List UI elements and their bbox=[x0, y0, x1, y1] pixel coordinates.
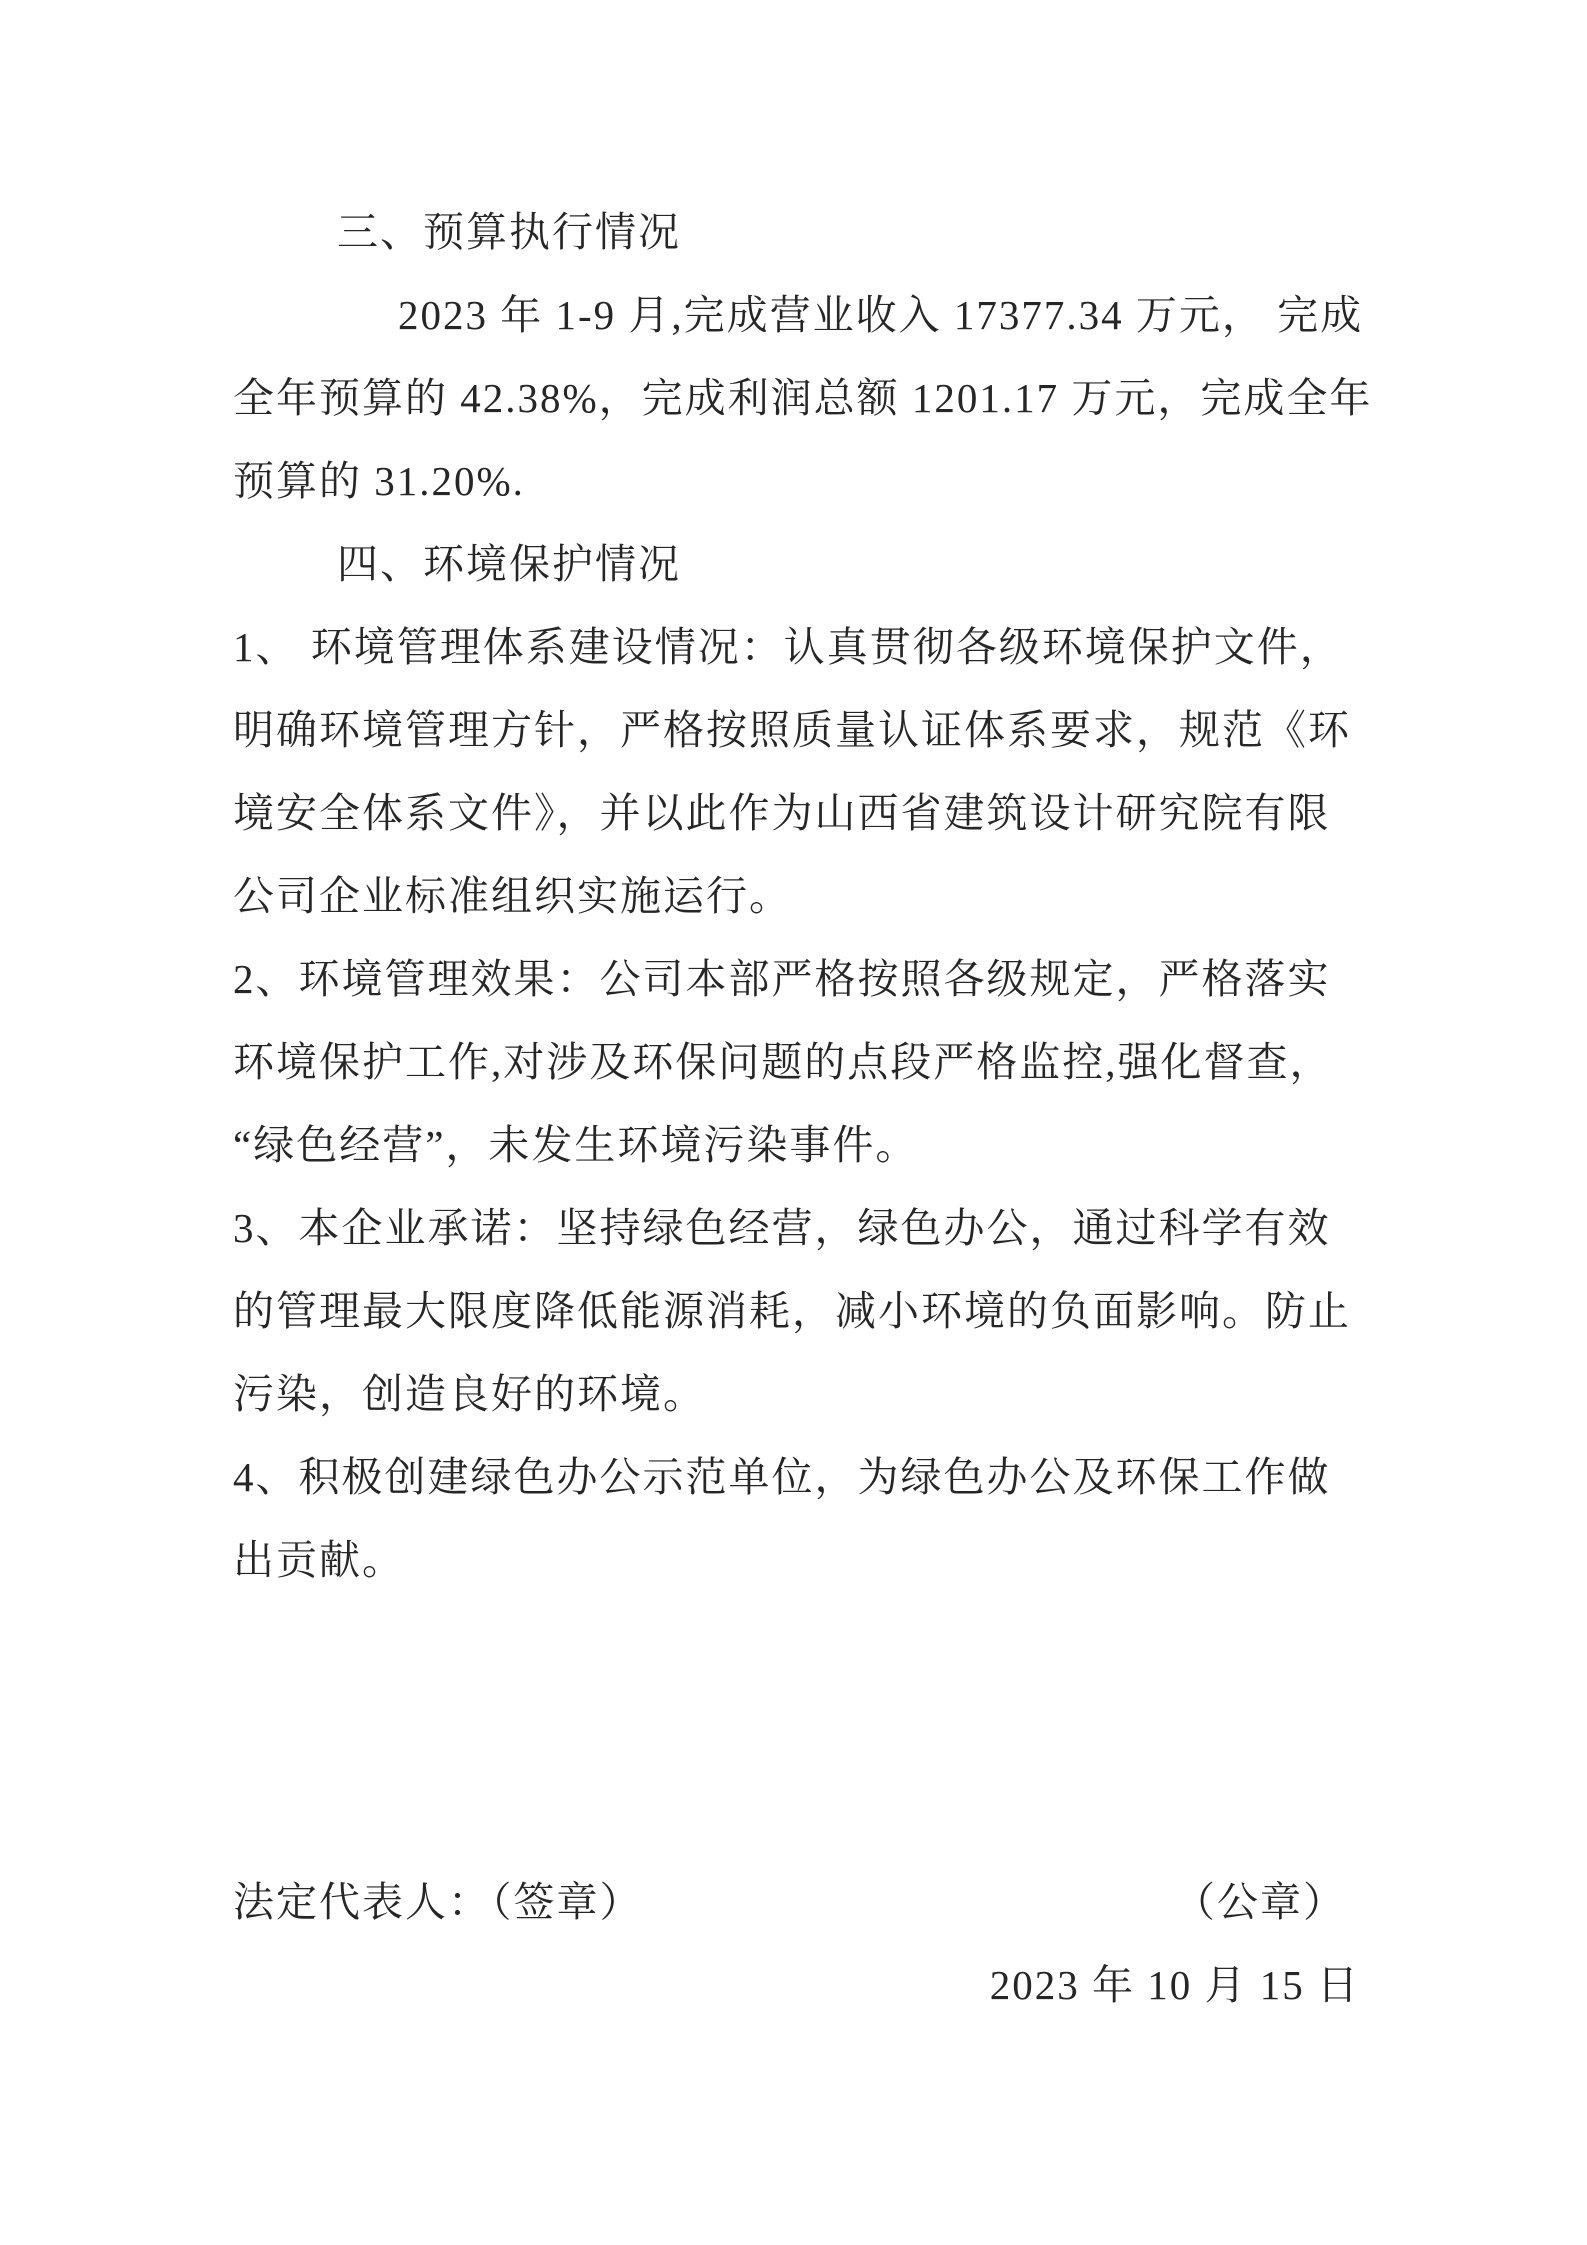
text-line: 2023 年 1-9 月,完成营业收入 17377.34 万元， 完成 bbox=[233, 274, 1360, 357]
document-body: 三、预算执行情况2023 年 1-9 月,完成营业收入 17377.34 万元，… bbox=[233, 191, 1360, 1602]
text-line: 公司企业标准组织实施运行。 bbox=[233, 855, 1360, 938]
text-line: 明确环境管理方针，严格按照质量认证体系要求，规范《环 bbox=[233, 689, 1360, 772]
text-line: 预算的 31.20%. bbox=[233, 440, 1360, 523]
document-page: 三、预算执行情况2023 年 1-9 月,完成营业收入 17377.34 万元，… bbox=[0, 0, 1587, 2245]
company-seal-label: （公章） bbox=[1174, 1861, 1360, 1944]
text-line: “绿色经营”，未发生环境污染事件。 bbox=[233, 1104, 1360, 1187]
text-line: 全年预算的 42.38%，完成利润总额 1201.17 万元，完成全年 bbox=[233, 357, 1360, 440]
text-line: 三、预算执行情况 bbox=[233, 191, 1360, 274]
date-row: 2023 年 10 月 15 日 bbox=[233, 1944, 1360, 2027]
legal-representative-label: 法定代表人：（签章） bbox=[233, 1861, 643, 1944]
text-line: 四、环境保护情况 bbox=[233, 523, 1360, 606]
text-line: 4、积极创建绿色办公示范单位，为绿色办公及环保工作做 bbox=[233, 1436, 1360, 1519]
text-line: 3、本企业承诺：坚持绿色经营，绿色办公，通过科学有效 bbox=[233, 1187, 1360, 1270]
text-line: 境安全体系文件》，并以此作为山西省建筑设计研究院有限 bbox=[233, 772, 1360, 855]
text-line: 污染，创造良好的环境。 bbox=[233, 1353, 1360, 1436]
text-line: 出贡献。 bbox=[233, 1519, 1360, 1602]
text-line: 的管理最大限度降低能源消耗，减小环境的负面影响。防止 bbox=[233, 1270, 1360, 1353]
text-line: 环境保护工作,对涉及环保问题的点段严格监控,强化督查， bbox=[233, 1021, 1360, 1104]
signature-row: 法定代表人：（签章） （公章） bbox=[233, 1861, 1360, 1944]
text-line: 2、环境管理效果：公司本部严格按照各级规定，严格落实 bbox=[233, 938, 1360, 1021]
text-line: 1、 环境管理体系建设情况：认真贯彻各级环境保护文件， bbox=[233, 606, 1360, 689]
document-date: 2023 年 10 月 15 日 bbox=[990, 1962, 1360, 2008]
